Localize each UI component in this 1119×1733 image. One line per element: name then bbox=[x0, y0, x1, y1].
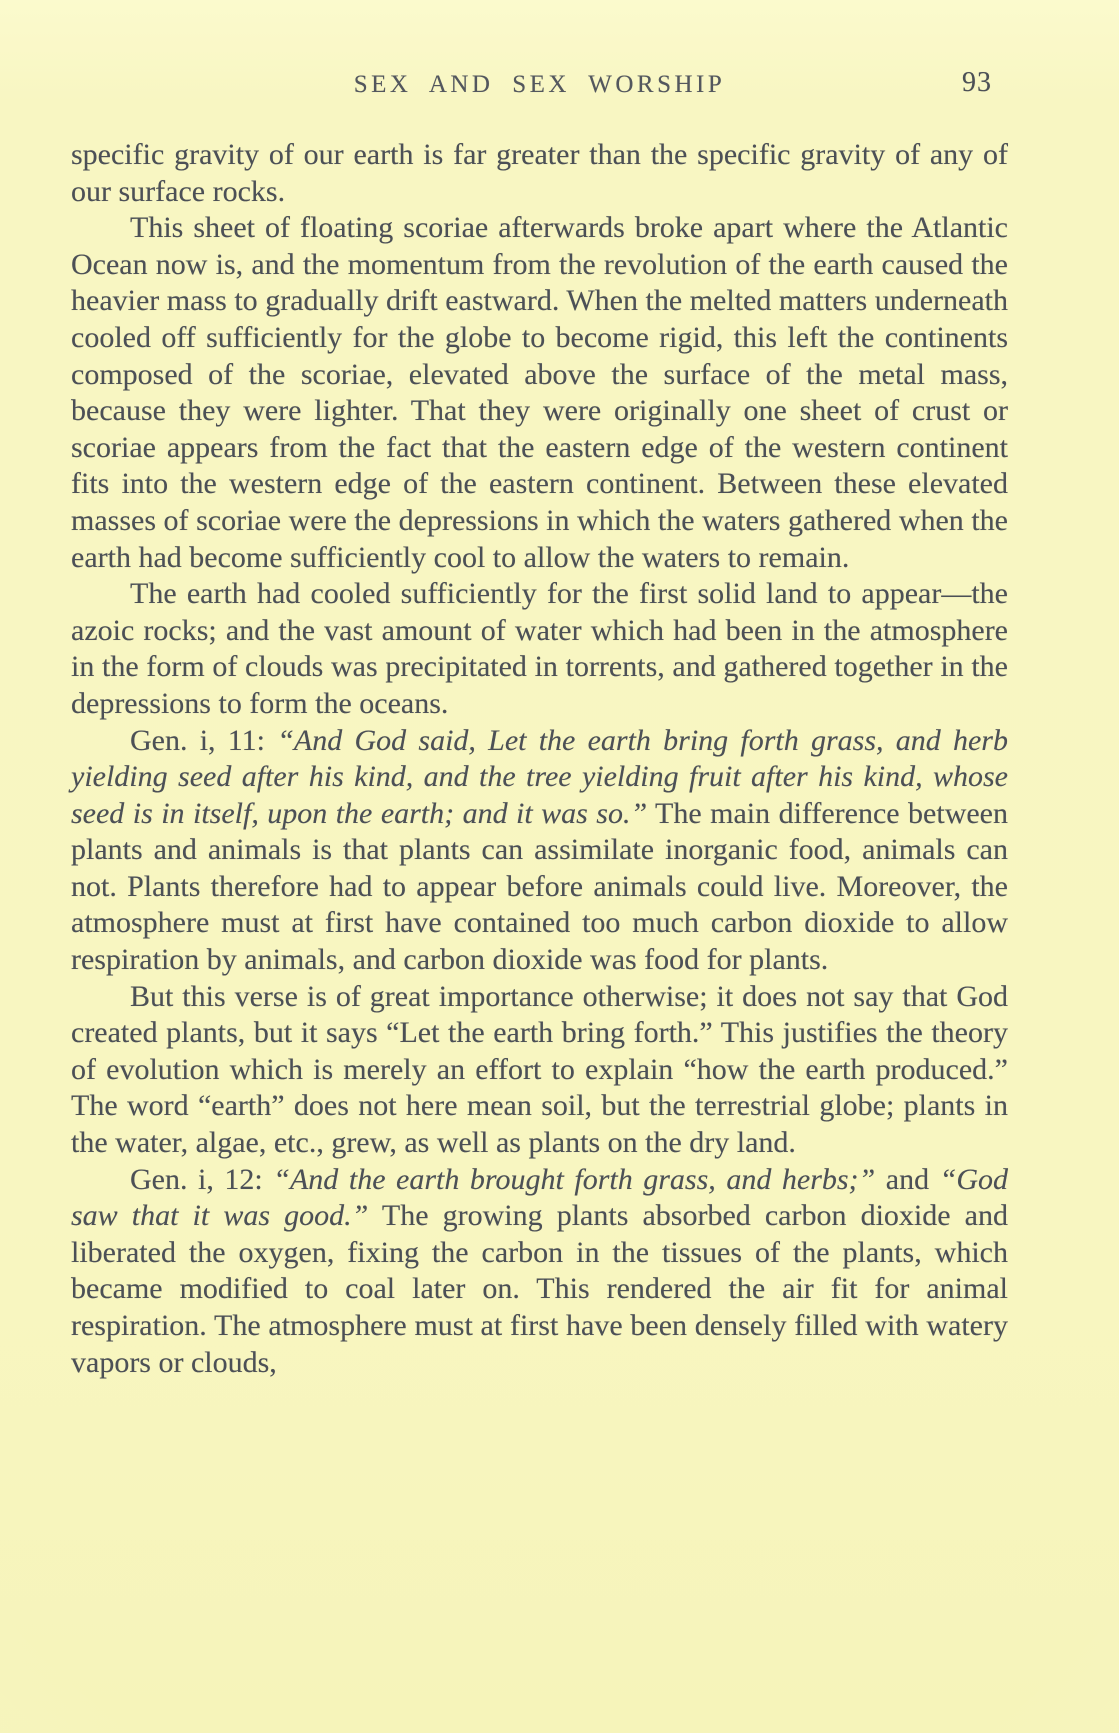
verse-reference: Gen. i, 11: bbox=[130, 724, 277, 757]
page-number: 93 bbox=[962, 67, 992, 99]
paragraph-genesis-1-12: Gen. i, 12: “And the earth brought forth… bbox=[71, 1162, 1008, 1382]
text-run: specific gravity of our earth is far gre… bbox=[71, 138, 1008, 208]
paragraph-scoriae: This sheet of floating scoriae afterward… bbox=[71, 210, 1008, 576]
paragraph-azoic-rocks: The earth had cooled sufficiently for th… bbox=[71, 576, 1008, 722]
paragraph-verse-importance: But this verse is of great importance ot… bbox=[71, 979, 1008, 1162]
text-run: The earth had cooled sufficiently for th… bbox=[71, 577, 1008, 720]
text-run: This sheet of floating scoriae afterward… bbox=[71, 211, 1008, 573]
running-header: SEX AND SEX WORSHIP 93 bbox=[71, 71, 1008, 99]
paragraph-continuation: specific gravity of our earth is far gre… bbox=[71, 137, 1008, 210]
page-header-title: SEX AND SEX WORSHIP bbox=[354, 71, 726, 99]
verse-reference: Gen. i, 12: bbox=[130, 1163, 273, 1196]
text-run: and bbox=[875, 1163, 939, 1196]
book-page-scan: SEX AND SEX WORSHIP 93 specific gravity … bbox=[0, 0, 1119, 1733]
scripture-quote: “And the earth brought forth grass, and … bbox=[273, 1163, 875, 1196]
text-column: SEX AND SEX WORSHIP 93 specific gravity … bbox=[71, 0, 1008, 1381]
paragraph-genesis-1-11: Gen. i, 11: “And God said, Let the earth… bbox=[71, 723, 1008, 979]
page-body: specific gravity of our earth is far gre… bbox=[71, 137, 1008, 1381]
text-run: But this verse is of great importance ot… bbox=[71, 980, 1008, 1159]
